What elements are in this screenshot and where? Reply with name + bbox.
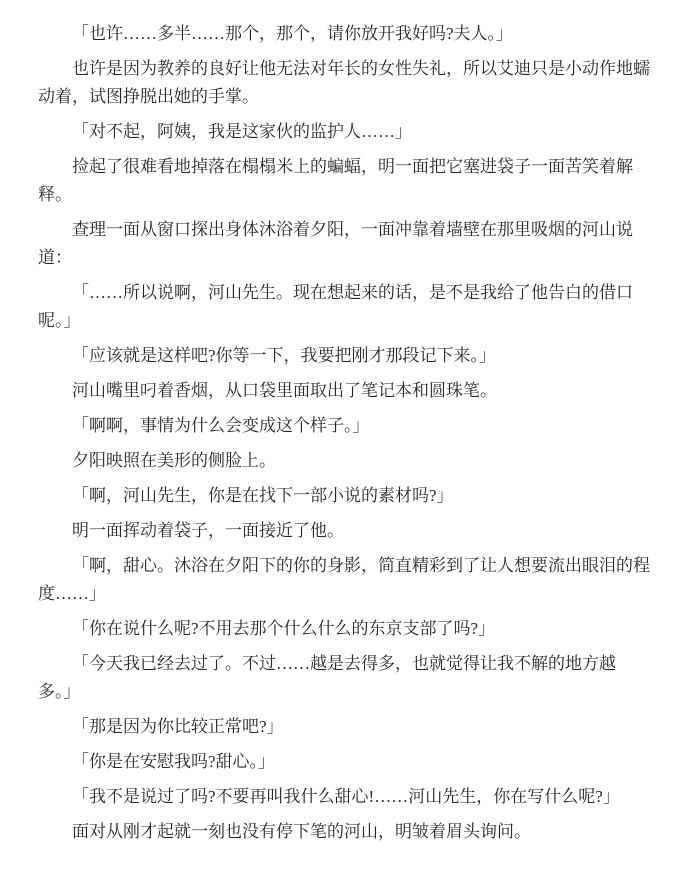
narration-paragraph: 河山嘴里叼着香烟，从口袋里面取出了笔记本和圆珠笔。 — [38, 377, 654, 405]
dialogue-paragraph: 「应该就是这样吧?你等一下，我要把刚才那段记下来。」 — [38, 342, 654, 370]
narration-paragraph: 面对从刚才起就一刻也没有停下笔的河山，明皱着眉头询问。 — [38, 818, 654, 846]
dialogue-paragraph: 「你在说什么呢?不用去那个什么什么的东京支部了吗?」 — [38, 615, 654, 643]
dialogue-paragraph: 「也许……多半……那个，那个，请你放开我好吗?夫人。」 — [38, 20, 654, 48]
dialogue-paragraph: 「啊，甜心。沐浴在夕阳下的你的身影，简直精彩到了让人想要流出眼泪的程 度……」 — [38, 552, 654, 608]
dialogue-paragraph: 「对不起，阿姨，我是这家伙的监护人……」 — [38, 118, 654, 146]
dialogue-paragraph: 「我不是说过了吗?不要再叫我什么甜心!……河山先生，你在写什么呢?」 — [38, 783, 654, 811]
dialogue-paragraph: 「今天我已经去过了。不过……越是去得多，也就觉得让我不解的地方越 多。」 — [38, 650, 654, 706]
dialogue-paragraph: 「啊，河山先生，你是在找下一部小说的素材吗?」 — [38, 482, 654, 510]
narration-paragraph: 查理一面从窗口探出身体沐浴着夕阳，一面冲靠着墙壁在那里吸烟的河山说 道： — [38, 216, 654, 272]
dialogue-paragraph: 「那是因为你比较正常吧?」 — [38, 713, 654, 741]
narration-paragraph: 明一面挥动着袋子，一面接近了他。 — [38, 517, 654, 545]
narration-paragraph: 夕阳映照在美形的侧脸上。 — [38, 447, 654, 475]
document-page: 「也许……多半……那个，那个，请你放开我好吗?夫人。」 也许是因为教养的良好让他… — [0, 0, 680, 880]
narration-paragraph: 也许是因为教养的良好让他无法对年长的女性失礼，所以艾迪只是小动作地蠕 动着，试图… — [38, 55, 654, 111]
dialogue-paragraph: 「你是在安慰我吗?甜心。」 — [38, 748, 654, 776]
dialogue-paragraph: 「啊啊，事情为什么会变成这个样子。」 — [38, 412, 654, 440]
dialogue-paragraph: 「……所以说啊，河山先生。现在想起来的话，是不是我给了他告白的借口 呢。」 — [38, 279, 654, 335]
narration-paragraph: 捡起了很难看地掉落在榻榻米上的蝙蝠，明一面把它塞进袋子一面苦笑着解 释。 — [38, 153, 654, 209]
